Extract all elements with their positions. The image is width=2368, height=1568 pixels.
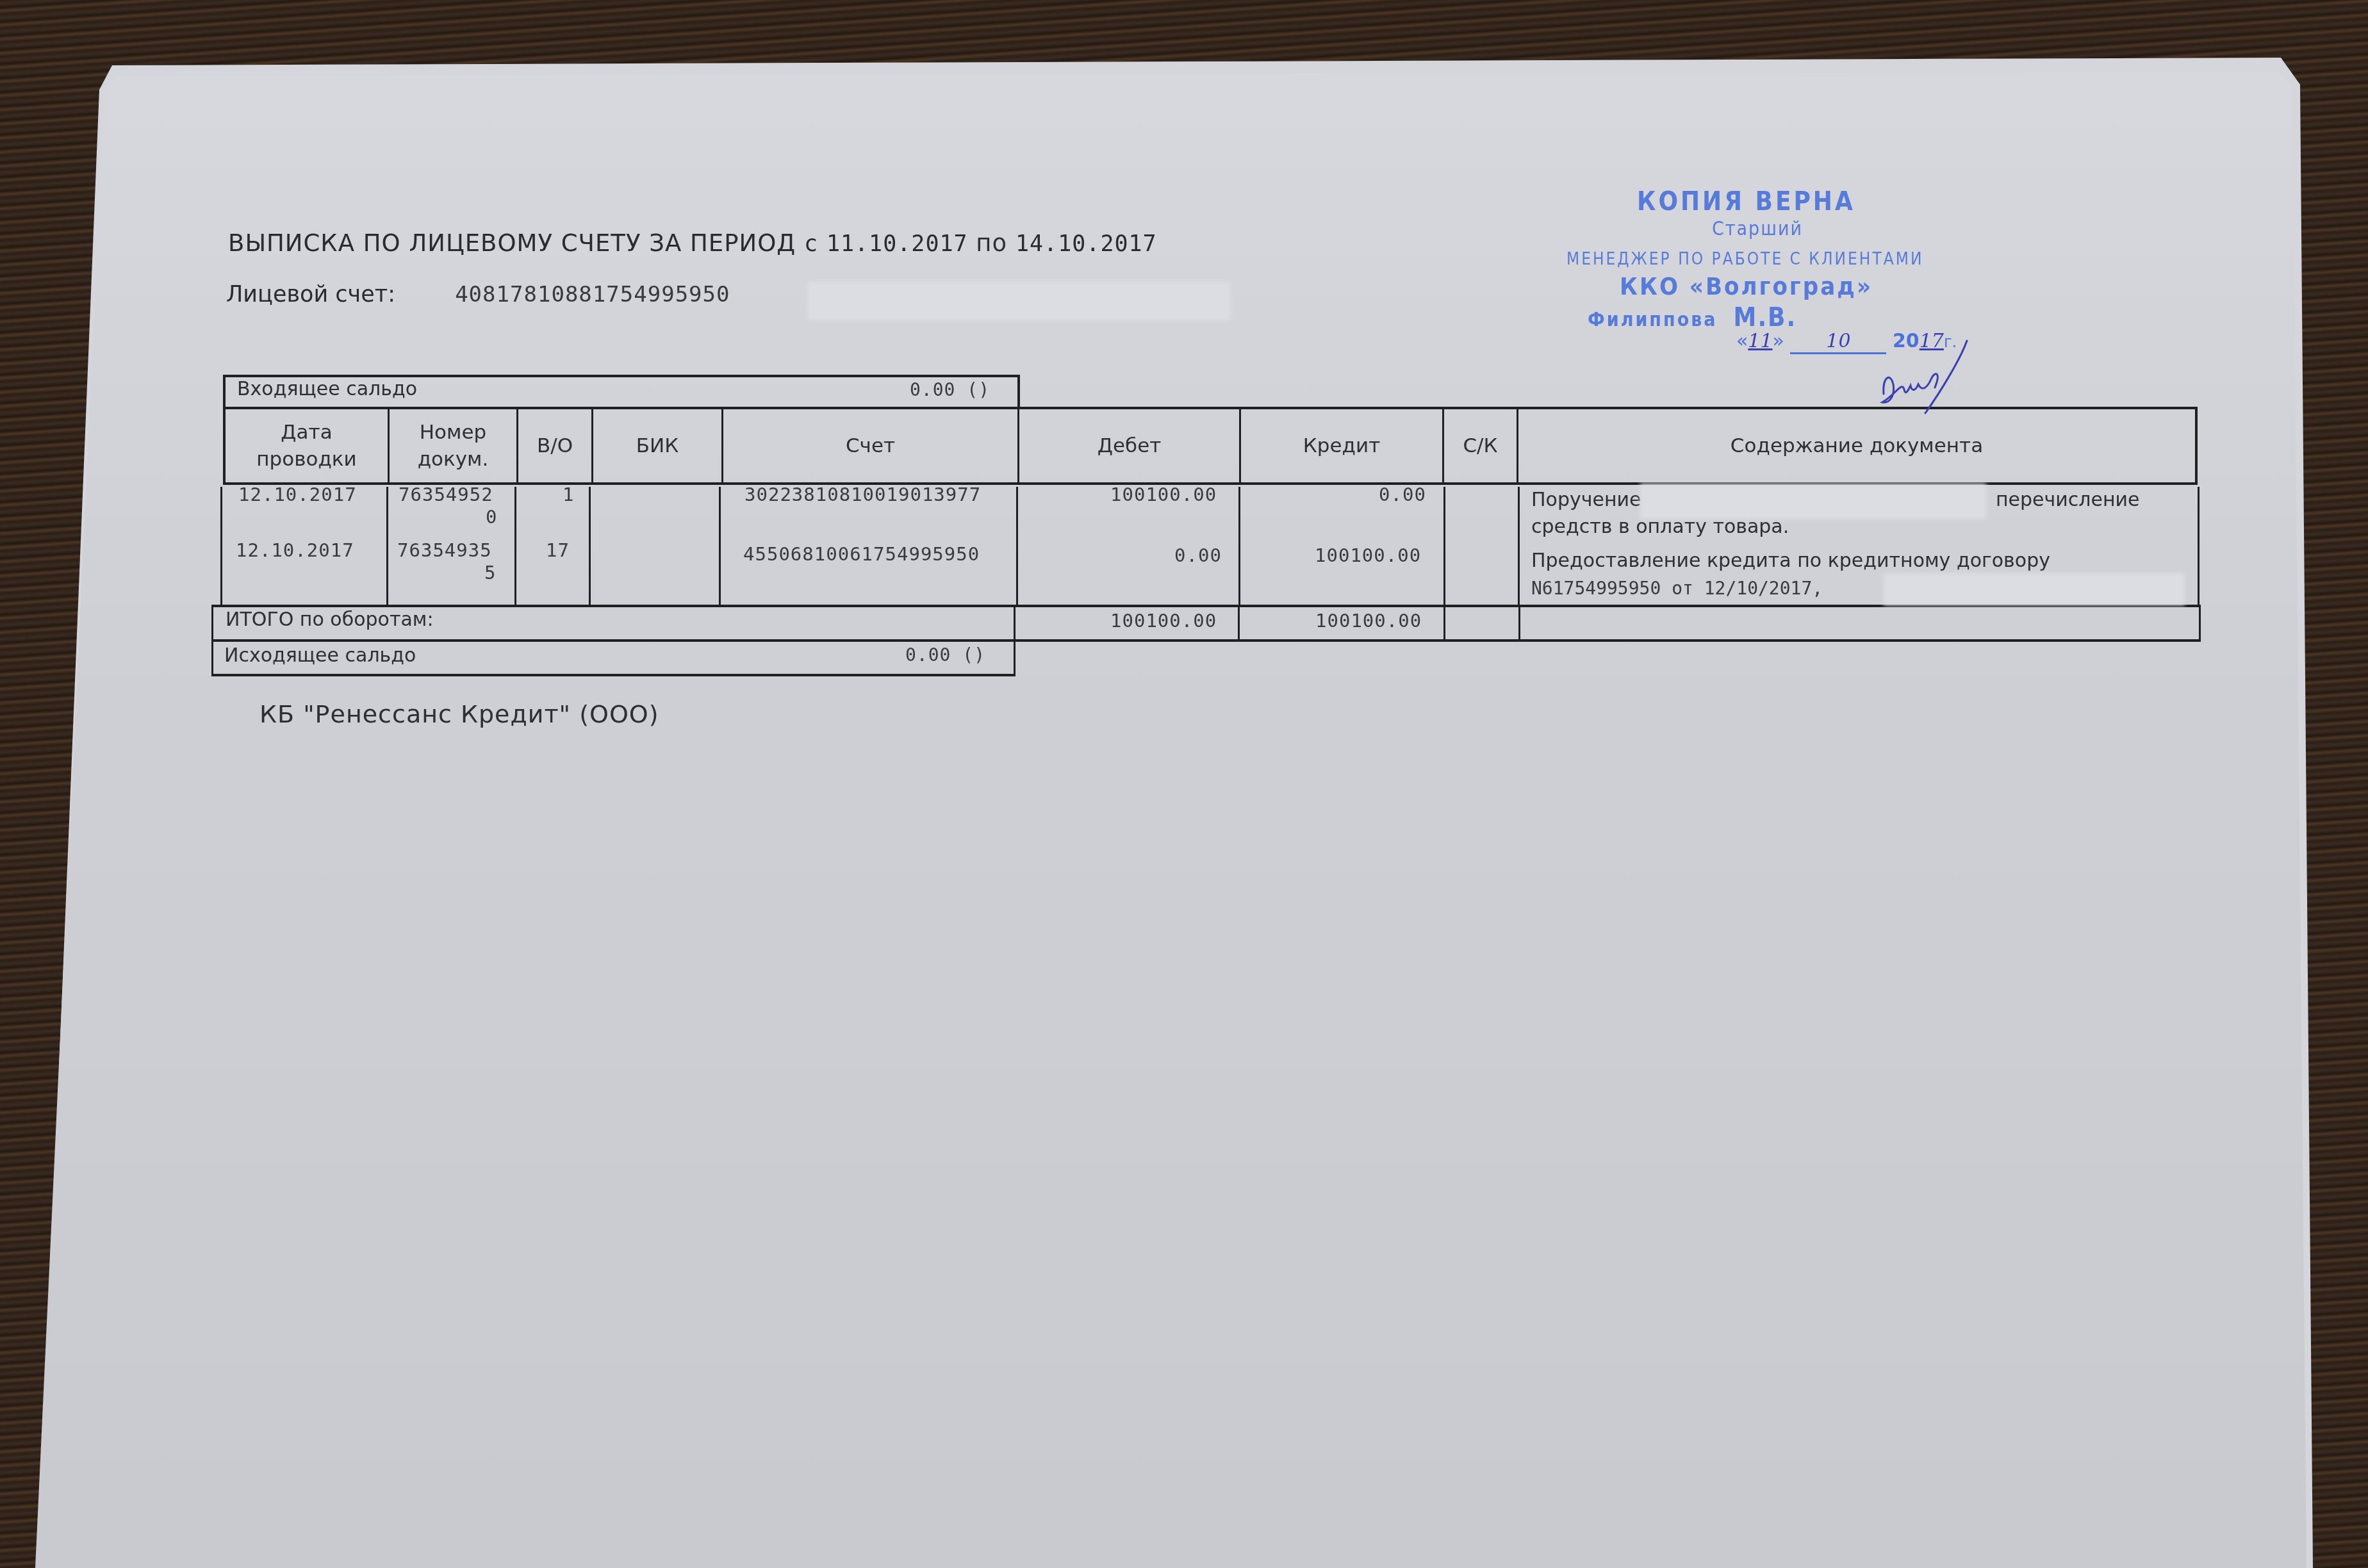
statement-title: ВЫПИСКА ПО ЛИЦЕВОМУ СЧЕТУ ЗА ПЕРИОД с 11… xyxy=(228,229,1157,257)
totals-label: ИТОГО по оборотам: xyxy=(226,608,434,631)
row-doc-number: 76354935 xyxy=(397,539,492,561)
row-content: N61754995950 от 12/10/2017, xyxy=(1531,578,1823,599)
row-date: 12.10.2017 xyxy=(236,539,354,561)
row-doc-number: 76354952 xyxy=(399,484,493,505)
stamp-position: Старший xyxy=(1712,218,1803,240)
table-border xyxy=(1518,487,1520,605)
row-doc-number-cont: 0 xyxy=(486,506,497,528)
table-border xyxy=(589,487,591,605)
row-debit: 100100.00 xyxy=(1110,484,1217,505)
quote-mark: « xyxy=(1736,330,1748,352)
period-from-label: с xyxy=(804,231,818,257)
table-border xyxy=(1518,606,1520,641)
title-text: ВЫПИСКА ПО ЛИЦЕВОМУ СЧЕТУ ЗА ПЕРИОД xyxy=(228,229,796,257)
header-label: Номер xyxy=(420,419,486,446)
stamp-branch: ККО «Волгоград» xyxy=(1620,272,1873,300)
closing-balance-value: 0.00 () xyxy=(905,644,985,666)
row-vo: 1 xyxy=(563,484,574,505)
totals-credit: 100100.00 xyxy=(1315,610,1422,632)
table-border xyxy=(1238,487,1240,605)
closing-balance-label: Исходящее сальдо xyxy=(224,644,416,667)
period-from: 11.10.2017 xyxy=(826,231,968,257)
stamp-date-day: 11 xyxy=(1748,330,1772,352)
redacted-area xyxy=(807,282,1230,320)
table-border xyxy=(211,639,2201,642)
table-border xyxy=(2199,606,2201,641)
stamp-name-line: Филиппова М.В. xyxy=(1588,303,1797,332)
row-credit: 0.00 xyxy=(1379,484,1426,505)
signature-icon xyxy=(1871,333,1986,423)
account-line: Лицевой счет: 40817810881754995950 xyxy=(226,282,730,307)
stamp-position-title: МЕНЕДЖЕР ПО РАБОТЕ С КЛИЕНТАМИ xyxy=(1566,250,1923,269)
table-border xyxy=(223,375,1019,377)
row-account: 45506810061754995950 xyxy=(743,543,980,565)
redacted-area xyxy=(1884,573,2185,605)
table-border xyxy=(1017,375,1020,408)
opening-balance-label: Входящее сальдо xyxy=(237,378,417,400)
period-to-label: по xyxy=(976,229,1007,257)
redacted-area xyxy=(1640,484,1986,519)
column-header-debit: Дебет xyxy=(1019,409,1239,482)
table-border xyxy=(1443,606,1445,641)
quote-mark: » xyxy=(1773,330,1784,352)
column-header-credit: Кредит xyxy=(1241,409,1442,482)
column-header-vo: В/О xyxy=(518,409,591,482)
column-header-doc-number: Номер докум. xyxy=(390,409,516,482)
stamp-surname: Филиппова xyxy=(1588,309,1718,331)
row-vo: 17 xyxy=(546,539,570,561)
table-border xyxy=(211,605,213,676)
row-content: Поручение xyxy=(1531,489,1641,511)
row-content: перечисление xyxy=(1996,489,2140,511)
table-border xyxy=(386,487,388,605)
table-border xyxy=(1443,487,1445,605)
row-content: средств в оплату товара. xyxy=(1531,516,1789,538)
column-header-date: Дата проводки xyxy=(226,409,388,482)
bank-name: КБ "Ренессанс Кредит" (ООО) xyxy=(259,700,659,728)
row-account: 30223810810019013977 xyxy=(744,484,981,505)
row-doc-number-cont: 5 xyxy=(484,562,496,584)
column-header-account: Счет xyxy=(723,409,1017,482)
stamp-initials: М.В. xyxy=(1734,303,1797,332)
header-label: Дата xyxy=(281,419,332,446)
account-label: Лицевой счет: xyxy=(226,282,395,307)
account-number: 40817810881754995950 xyxy=(455,282,730,307)
row-date: 12.10.2017 xyxy=(238,484,357,505)
header-label: проводки xyxy=(256,446,356,473)
table-border xyxy=(2198,487,2199,605)
totals-debit: 100100.00 xyxy=(1110,610,1217,632)
table-border xyxy=(1014,605,1015,676)
table-border xyxy=(719,487,721,605)
opening-balance-value: 0.00 () xyxy=(910,379,990,400)
table-border xyxy=(2195,407,2198,485)
column-header-bik: БИК xyxy=(593,409,721,482)
table-border xyxy=(1016,487,1018,605)
column-header-content: Содержание документа xyxy=(1518,409,2195,482)
period-to: 14.10.2017 xyxy=(1015,231,1157,257)
header-label: докум. xyxy=(418,446,489,473)
column-header-sk: С/К xyxy=(1444,409,1517,482)
row-content: Предоставление кредита по кредитному дог… xyxy=(1531,550,2050,572)
stamp-copy-certified: КОПИЯ ВЕРНА xyxy=(1637,187,1855,216)
row-credit: 100100.00 xyxy=(1315,544,1421,566)
table-border xyxy=(220,487,222,605)
table-border xyxy=(514,487,516,605)
table-border xyxy=(211,674,1015,676)
table-border xyxy=(1238,606,1240,641)
row-debit: 0.00 xyxy=(1174,544,1222,566)
